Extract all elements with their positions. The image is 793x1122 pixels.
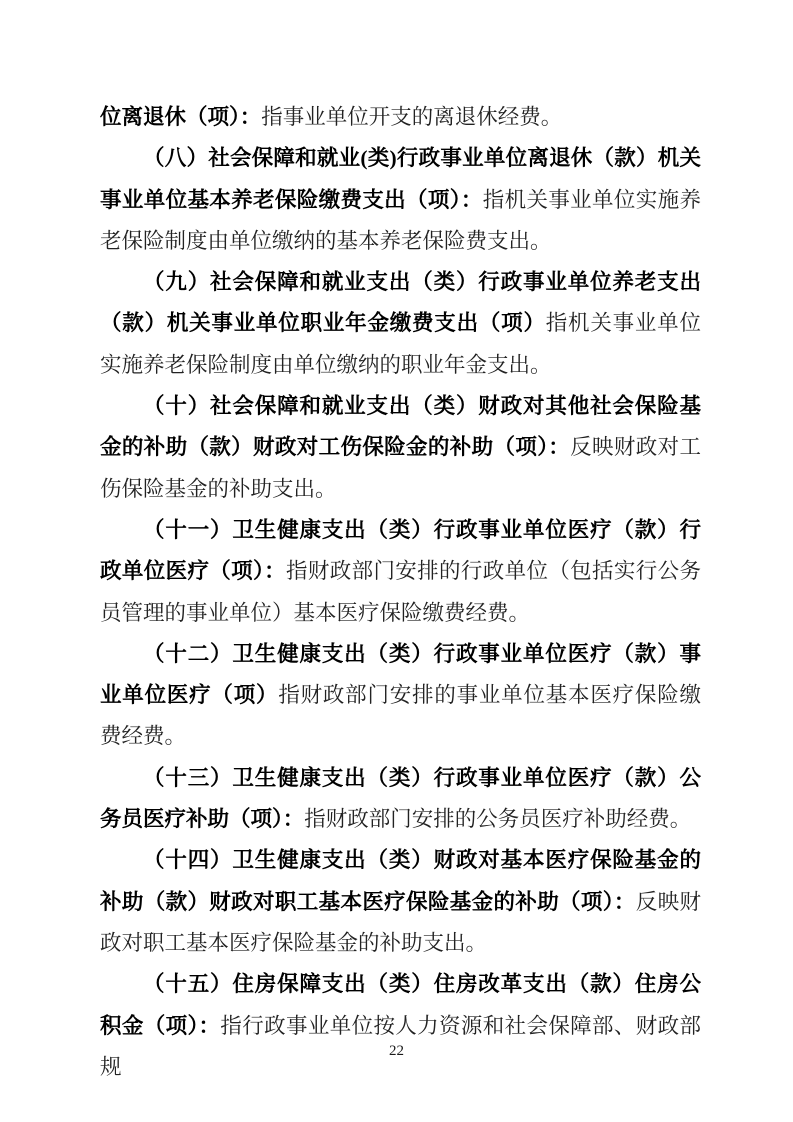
paragraph-item-12: （十二）卫生健康支出（类）行政事业单位医疗（款）事业单位医疗（项）指财政部门安排…: [100, 634, 701, 758]
clause-heading: （十四）卫生健康支出（类）财政对基本医疗保险基金的补助（款）财政对职工基本医疗保…: [100, 848, 701, 913]
clause-heading: 位离退休（项）：: [100, 105, 261, 129]
paragraph-item-8: （八）社会保障和就业(类)行政事业单位离退休（款）机关事业单位基本养老保险缴费支…: [100, 138, 701, 262]
paragraph-item-15: （十五）住房保障支出（类）住房改革支出（款）住房公积金（项）：指行政事业单位按人…: [100, 964, 701, 1088]
paragraph-item-13: （十三）卫生健康支出（类）行政事业单位医疗（款）公务员医疗补助（项）：指财政部门…: [100, 758, 701, 841]
page-number: 22: [0, 1042, 793, 1060]
clause-description: 指事业单位开支的离退休经费。: [261, 105, 562, 129]
document-page: 位离退休（项）：指事业单位开支的离退休经费。 （八）社会保障和就业(类)行政事业…: [0, 0, 793, 1122]
paragraph-item-10: （十）社会保障和就业支出（类）财政对其他社会保险基金的补助（款）财政对工伤保险金…: [100, 386, 701, 510]
paragraph-item-11: （十一）卫生健康支出（类）行政事业单位医疗（款）行政单位医疗（项）：指财政部门安…: [100, 510, 701, 634]
paragraph-continuation: 位离退休（项）：指事业单位开支的离退休经费。: [100, 97, 701, 138]
clause-description: 指财政部门安排的公务员医疗补助经费。: [304, 807, 691, 831]
paragraph-item-9: （九）社会保障和就业支出（类）行政事业单位养老支出（款）机关事业单位职业年金缴费…: [100, 262, 701, 386]
paragraph-item-14: （十四）卫生健康支出（类）财政对基本医疗保险基金的补助（款）财政对职工基本医疗保…: [100, 840, 701, 964]
document-body: 位离退休（项）：指事业单位开支的离退休经费。 （八）社会保障和就业(类)行政事业…: [100, 97, 701, 1088]
